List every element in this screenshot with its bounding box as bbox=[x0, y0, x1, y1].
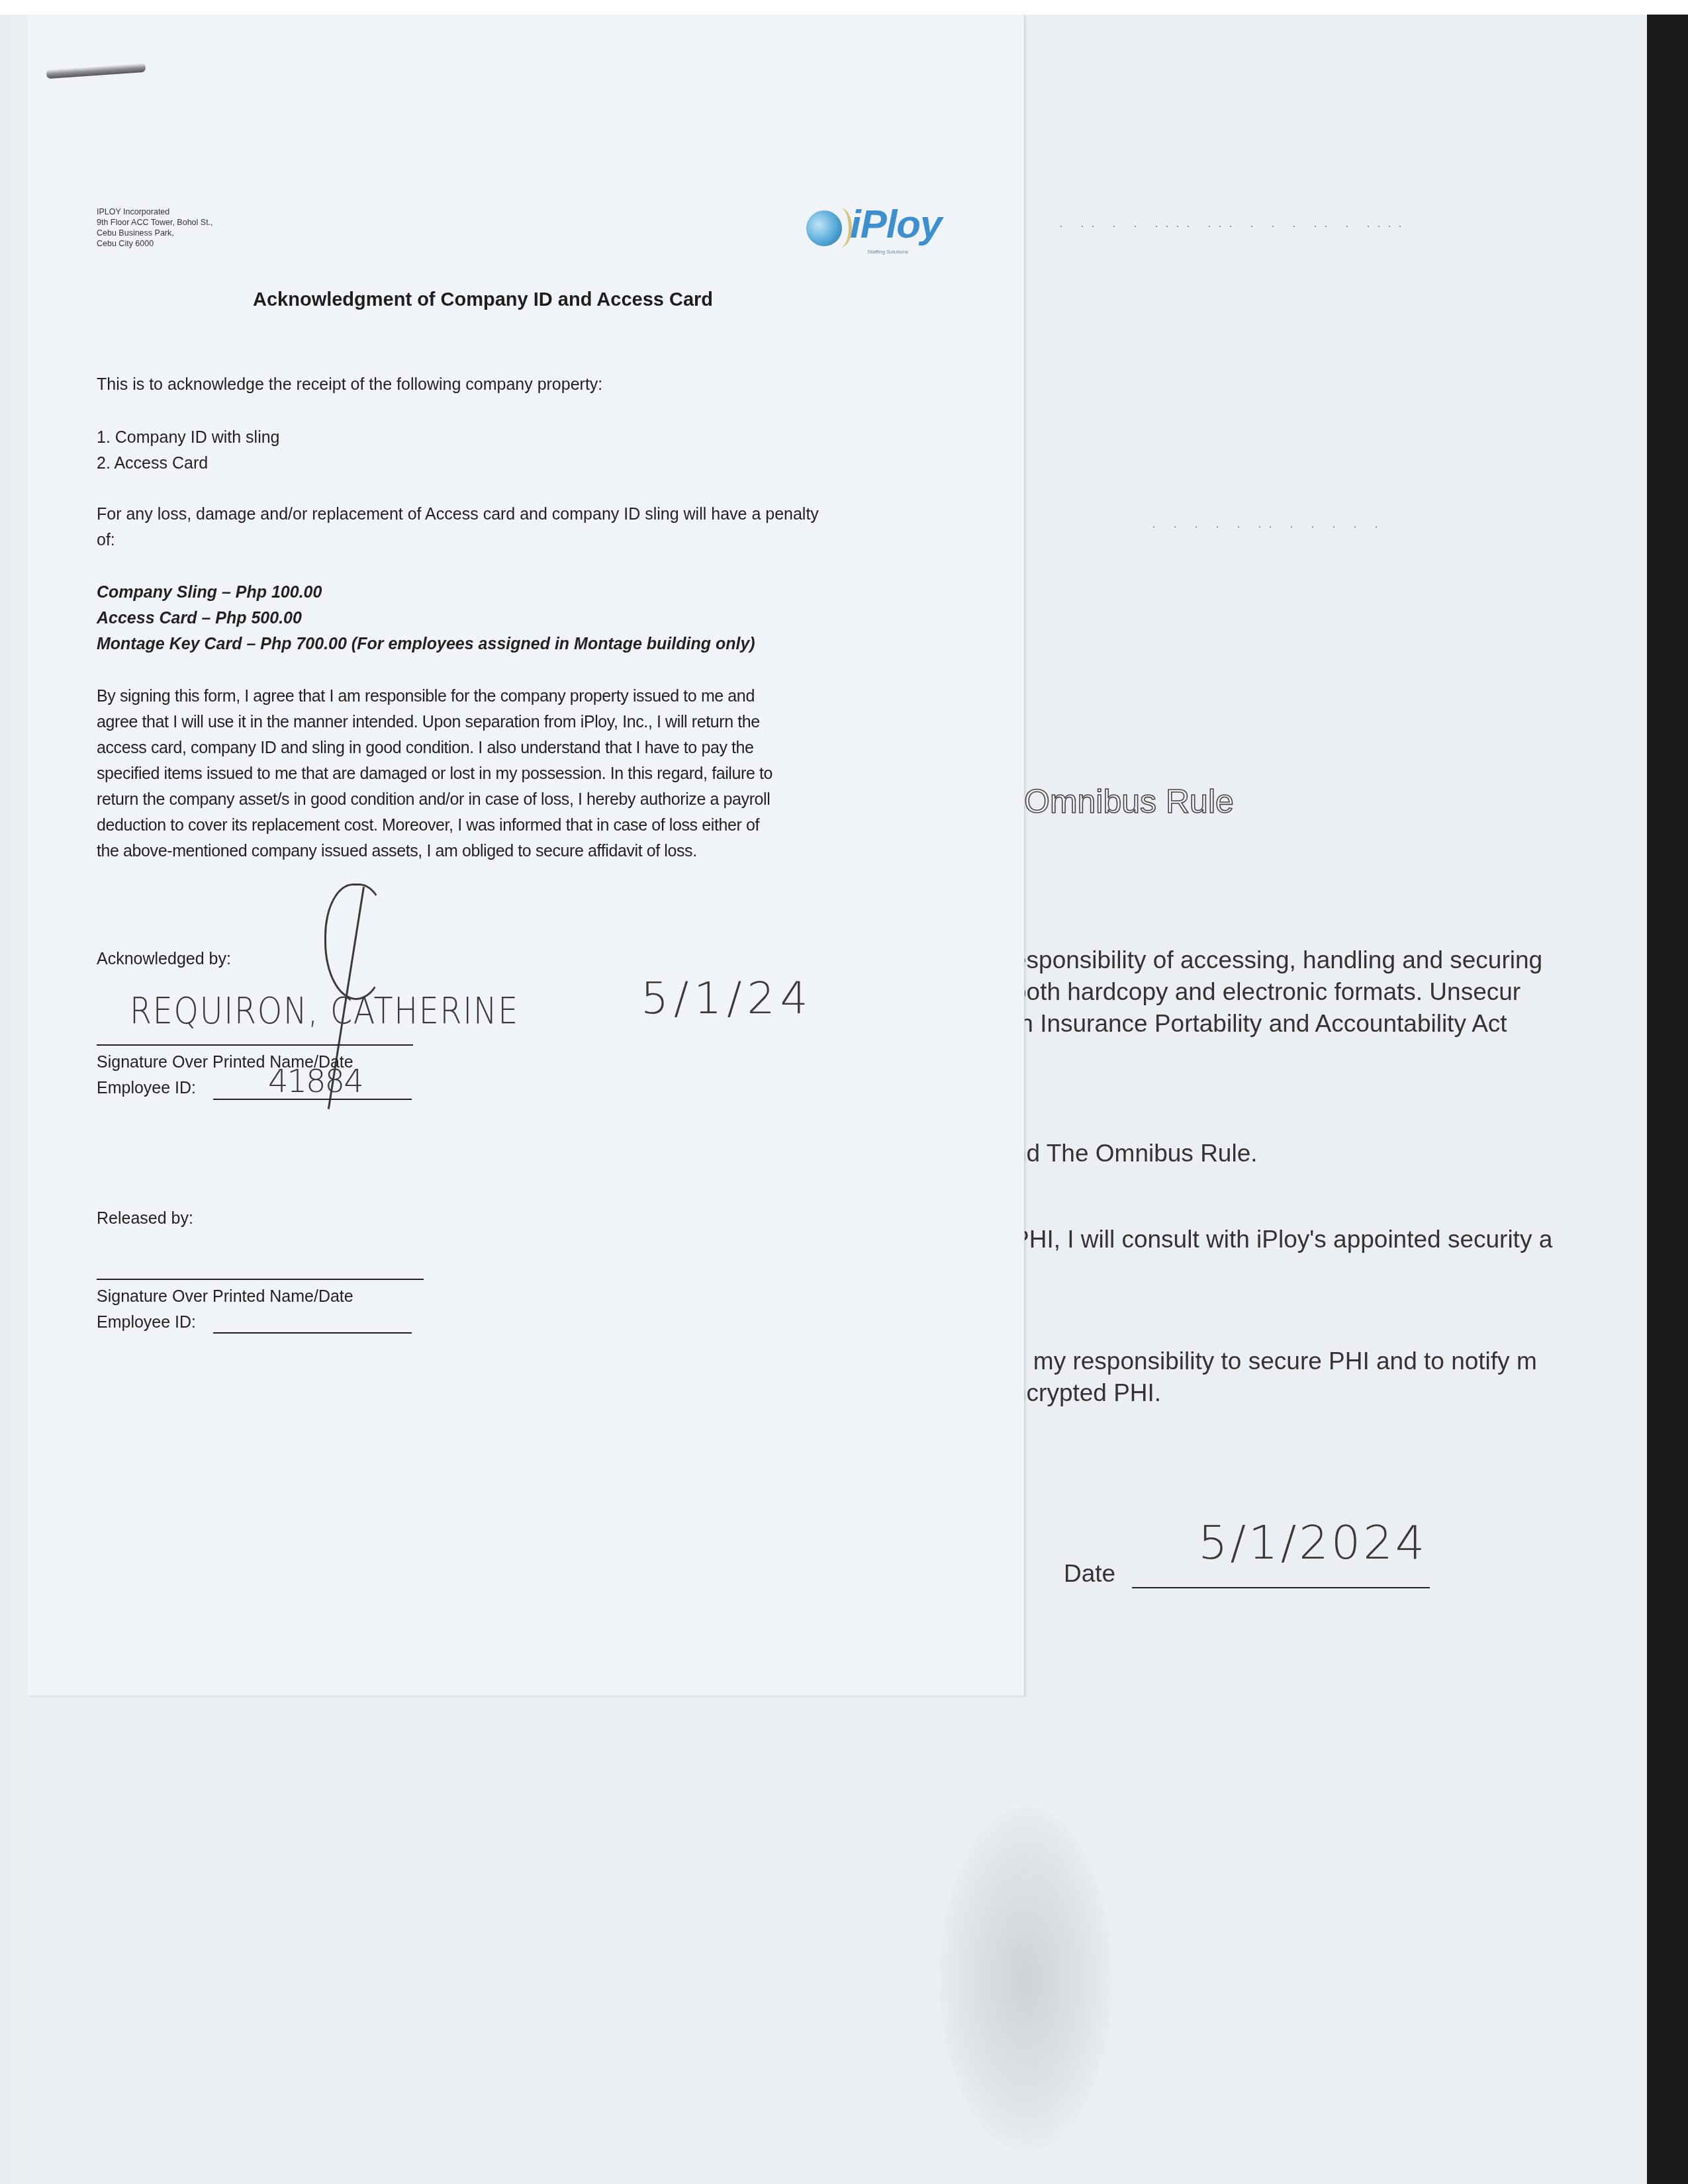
toner-smudge bbox=[940, 1807, 1112, 2151]
date-label: Date bbox=[1064, 1560, 1115, 1588]
scan-margin bbox=[0, 0, 1688, 15]
scanner-edge bbox=[1647, 15, 1688, 2184]
employee-id-label: Employee ID: bbox=[97, 1075, 196, 1101]
iploy-logo: iPloy Staffing Solutions bbox=[806, 205, 972, 258]
agreement-line: the above-mentioned company issued asset… bbox=[97, 839, 931, 864]
penalty-intro: of: bbox=[97, 527, 115, 553]
release-signature-line[interactable] bbox=[97, 1279, 424, 1280]
document-title: Acknowledgment of Company ID and Access … bbox=[253, 289, 713, 311]
agreement-line: agree that I will use it in the manner i… bbox=[97, 709, 931, 735]
faded-header-text: . .. . . .... ... . . . .. . .... bbox=[1059, 222, 1409, 230]
signature-stroke bbox=[324, 884, 388, 1000]
back-page-line: I, my responsibility to secure PHI and t… bbox=[1013, 1347, 1622, 1375]
acknowledged-by-label: Acknowledged by: bbox=[97, 946, 231, 972]
penalty-item: Montage Key Card – Php 700.00 (For emplo… bbox=[97, 631, 755, 657]
back-page-line: both hardcopy and electronic formats. Un… bbox=[1013, 978, 1622, 1006]
penalty-item: Access Card – Php 500.00 bbox=[97, 606, 302, 631]
back-page-line: PHI, I will consult with iPloy's appoint… bbox=[1013, 1226, 1622, 1253]
intro-text: This is to acknowledge the receipt of th… bbox=[97, 372, 602, 398]
agreement-line: By signing this form, I agree that I am … bbox=[97, 684, 931, 709]
back-page-line: th Insurance Portability and Accountabil… bbox=[1013, 1010, 1622, 1038]
property-item: 1. Company ID with sling bbox=[97, 425, 280, 451]
agreement-line: return the company asset/s in good condi… bbox=[97, 787, 931, 813]
release-employee-id-line[interactable] bbox=[213, 1332, 412, 1334]
handwritten-date: 5/1/2024 bbox=[1198, 1516, 1427, 1570]
release-signature-caption: Signature Over Printed Name/Date bbox=[97, 1284, 353, 1310]
swoosh-icon bbox=[829, 208, 852, 248]
penalty-item: Company Sling – Php 100.00 bbox=[97, 580, 322, 606]
faded-text: . . . . . .. . . . . . bbox=[1152, 523, 1385, 530]
agreement-line: deduction to cover its replacement cost.… bbox=[97, 813, 931, 839]
company-address: IPLOY Incorporated 9th Floor ACC Tower, … bbox=[97, 206, 213, 249]
agreement-line: specified items issued to me that are da… bbox=[97, 761, 931, 787]
signature-line bbox=[97, 1044, 413, 1046]
property-item: 2. Access Card bbox=[97, 451, 208, 477]
back-page-line: ncrypted PHI. bbox=[1013, 1379, 1622, 1407]
penalty-intro: For any loss, damage and/or replacement … bbox=[97, 502, 819, 527]
back-page-heading: Omnibus Rule bbox=[1024, 782, 1234, 821]
handwritten-sign-date: 5/1/24 bbox=[641, 973, 813, 1024]
agreement-line: access card, company ID and sling in goo… bbox=[97, 735, 931, 761]
handwritten-name: REQUIRON, CATHERINE bbox=[130, 989, 519, 1032]
released-by-label: Released by: bbox=[97, 1206, 193, 1232]
date-line bbox=[1132, 1587, 1430, 1588]
back-page-line: nd The Omnibus Rule. bbox=[1013, 1140, 1622, 1167]
release-employee-id-label: Employee ID: bbox=[97, 1310, 196, 1336]
handwritten-employee-id: 41884 bbox=[268, 1063, 363, 1100]
back-page-line: esponsibility of accessing, handling and… bbox=[1013, 946, 1622, 974]
